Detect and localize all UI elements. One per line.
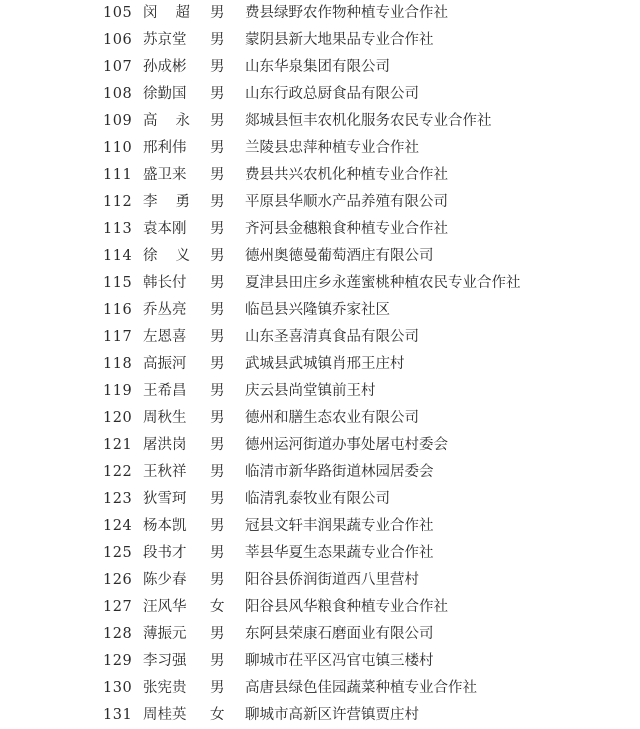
- list-row: 128薄振元男东阿县荣康石磨面业有限公司: [0, 621, 640, 648]
- list-row: 118高振河男武城县武城镇肖邢王庄村: [0, 351, 640, 378]
- row-number: 120: [103, 405, 132, 432]
- organization: 聊城市高新区许营镇贾庄村: [245, 702, 419, 729]
- organization: 庆云县尚堂镇前王村: [245, 378, 376, 405]
- person-name: 王秋祥: [143, 459, 199, 486]
- list-row: 127汪风华女阳谷县风华粮食种植专业合作社: [0, 594, 640, 621]
- row-number: 125: [103, 540, 132, 567]
- organization: 高唐县绿色佳园蔬菜种植专业合作社: [245, 675, 477, 702]
- person-name: 周桂英: [143, 702, 199, 729]
- gender: 男: [210, 540, 225, 567]
- list-row: 131周桂英女聊城市高新区许营镇贾庄村: [0, 702, 640, 729]
- row-number: 105: [103, 0, 132, 27]
- person-name: 盛卫来: [143, 162, 199, 189]
- person-name: 孙成彬: [143, 54, 199, 81]
- organization: 临邑县兴隆镇乔家社区: [245, 297, 390, 324]
- row-number: 107: [103, 54, 132, 81]
- row-number: 113: [103, 216, 132, 243]
- gender: 男: [210, 486, 225, 513]
- person-name: 薄振元: [143, 621, 199, 648]
- list-row: 121屠洪岗男德州运河街道办事处屠屯村委会: [0, 432, 640, 459]
- organization: 费县共兴农机化种植专业合作社: [245, 162, 448, 189]
- row-number: 111: [103, 162, 132, 189]
- person-name: 闵超: [143, 0, 199, 27]
- list-row: 111盛卫来男费县共兴农机化种植专业合作社: [0, 162, 640, 189]
- person-name: 高振河: [143, 351, 199, 378]
- organization: 东阿县荣康石磨面业有限公司: [245, 621, 434, 648]
- list-row: 122王秋祥男临清市新华路街道林园居委会: [0, 459, 640, 486]
- person-name: 段书才: [143, 540, 199, 567]
- list-row: 126陈少春男阳谷县侨润街道西八里营村: [0, 567, 640, 594]
- list-row: 123狄雪珂男临清乳泰牧业有限公司: [0, 486, 640, 513]
- person-name: 乔丛亮: [143, 297, 199, 324]
- list-row: 108徐勤国男山东行政总厨食品有限公司: [0, 81, 640, 108]
- list-row: 109高永男郯城县恒丰农机化服务农民专业合作社: [0, 108, 640, 135]
- organization: 德州和膳生态农业有限公司: [245, 405, 419, 432]
- person-name: 狄雪珂: [143, 486, 199, 513]
- list-row: 113袁本刚男齐河县金穗粮食种植专业合作社: [0, 216, 640, 243]
- gender: 男: [210, 243, 225, 270]
- person-name: 苏京堂: [143, 27, 199, 54]
- row-number: 124: [103, 513, 132, 540]
- person-name: 邢利伟: [143, 135, 199, 162]
- organization: 夏津县田庄乡永莲蜜桃种植农民专业合作社: [245, 270, 521, 297]
- gender: 男: [210, 297, 225, 324]
- gender: 男: [210, 324, 225, 351]
- organization: 冠县文轩丰润果蔬专业合作社: [245, 513, 434, 540]
- organization: 山东圣喜清真食品有限公司: [245, 324, 419, 351]
- list-row: 110邢利伟男兰陵县忠萍种植专业合作社: [0, 135, 640, 162]
- organization: 阳谷县侨润街道西八里营村: [245, 567, 419, 594]
- gender: 男: [210, 108, 225, 135]
- organization: 平原县华顺水产品养殖有限公司: [245, 189, 448, 216]
- organization: 山东华泉集团有限公司: [245, 54, 390, 81]
- organization: 兰陵县忠萍种植专业合作社: [245, 135, 419, 162]
- row-number: 130: [103, 675, 132, 702]
- organization: 德州奥德曼葡萄酒庄有限公司: [245, 243, 434, 270]
- organization: 郯城县恒丰农机化服务农民专业合作社: [245, 108, 492, 135]
- person-name: 汪风华: [143, 594, 199, 621]
- gender: 男: [210, 405, 225, 432]
- list-row: 120周秋生男德州和膳生态农业有限公司: [0, 405, 640, 432]
- gender: 男: [210, 567, 225, 594]
- person-name: 杨本凯: [143, 513, 199, 540]
- gender: 男: [210, 675, 225, 702]
- person-name: 李勇: [143, 189, 199, 216]
- row-number: 112: [103, 189, 132, 216]
- list-row: 114徐义男德州奥德曼葡萄酒庄有限公司: [0, 243, 640, 270]
- organization: 临清市新华路街道林园居委会: [245, 459, 434, 486]
- organization: 临清乳泰牧业有限公司: [245, 486, 390, 513]
- gender: 女: [210, 594, 225, 621]
- person-name: 袁本刚: [143, 216, 199, 243]
- row-number: 131: [103, 702, 132, 729]
- organization: 齐河县金穗粮食种植专业合作社: [245, 216, 448, 243]
- list-row: 119王希昌男庆云县尚堂镇前王村: [0, 378, 640, 405]
- organization: 聊城市茌平区冯官屯镇三楼村: [245, 648, 434, 675]
- person-name: 周秋生: [143, 405, 199, 432]
- gender: 男: [210, 0, 225, 27]
- gender: 男: [210, 648, 225, 675]
- list-row: 116乔丛亮男临邑县兴隆镇乔家社区: [0, 297, 640, 324]
- list-row: 125段书才男莘县华夏生态果蔬专业合作社: [0, 540, 640, 567]
- list-row: 106苏京堂男蒙阴县新大地果品专业合作社: [0, 27, 640, 54]
- gender: 男: [210, 189, 225, 216]
- person-name: 陈少春: [143, 567, 199, 594]
- person-name: 屠洪岗: [143, 432, 199, 459]
- row-number: 114: [103, 243, 132, 270]
- gender: 男: [210, 351, 225, 378]
- row-number: 129: [103, 648, 132, 675]
- gender: 男: [210, 270, 225, 297]
- gender: 男: [210, 135, 225, 162]
- person-name: 王希昌: [143, 378, 199, 405]
- row-number: 108: [103, 81, 132, 108]
- gender: 男: [210, 81, 225, 108]
- organization: 德州运河街道办事处屠屯村委会: [245, 432, 448, 459]
- person-name: 张宪贵: [143, 675, 199, 702]
- row-number: 110: [103, 135, 132, 162]
- person-name: 左恩喜: [143, 324, 199, 351]
- gender: 男: [210, 378, 225, 405]
- row-number: 123: [103, 486, 132, 513]
- row-number: 116: [103, 297, 132, 324]
- list-row: 107孙成彬男山东华泉集团有限公司: [0, 54, 640, 81]
- row-number: 128: [103, 621, 132, 648]
- list-row: 112李勇男平原县华顺水产品养殖有限公司: [0, 189, 640, 216]
- row-number: 117: [103, 324, 132, 351]
- organization: 武城县武城镇肖邢王庄村: [245, 351, 405, 378]
- organization: 费县绿野农作物种植专业合作社: [245, 0, 448, 27]
- gender: 男: [210, 432, 225, 459]
- gender: 男: [210, 621, 225, 648]
- organization: 蒙阴县新大地果品专业合作社: [245, 27, 434, 54]
- row-number: 127: [103, 594, 132, 621]
- organization: 山东行政总厨食品有限公司: [245, 81, 419, 108]
- person-name: 韩长付: [143, 270, 199, 297]
- gender: 女: [210, 702, 225, 729]
- row-number: 118: [103, 351, 132, 378]
- list-row: 105闵超男费县绿野农作物种植专业合作社: [0, 0, 640, 27]
- organization: 莘县华夏生态果蔬专业合作社: [245, 540, 434, 567]
- row-number: 126: [103, 567, 132, 594]
- list-row: 117左恩喜男山东圣喜清真食品有限公司: [0, 324, 640, 351]
- list-row: 115韩长付男夏津县田庄乡永莲蜜桃种植农民专业合作社: [0, 270, 640, 297]
- gender: 男: [210, 216, 225, 243]
- list-row: 124杨本凯男冠县文轩丰润果蔬专业合作社: [0, 513, 640, 540]
- person-name: 高永: [143, 108, 199, 135]
- gender: 男: [210, 459, 225, 486]
- person-name: 徐勤国: [143, 81, 199, 108]
- row-number: 109: [103, 108, 132, 135]
- person-name: 李习强: [143, 648, 199, 675]
- gender: 男: [210, 27, 225, 54]
- list-row: 129李习强男聊城市茌平区冯官屯镇三楼村: [0, 648, 640, 675]
- gender: 男: [210, 513, 225, 540]
- gender: 男: [210, 162, 225, 189]
- row-number: 106: [103, 27, 132, 54]
- row-number: 115: [103, 270, 132, 297]
- row-number: 119: [103, 378, 132, 405]
- row-number: 121: [103, 432, 132, 459]
- organization: 阳谷县风华粮食种植专业合作社: [245, 594, 448, 621]
- person-name: 徐义: [143, 243, 199, 270]
- row-number: 122: [103, 459, 132, 486]
- gender: 男: [210, 54, 225, 81]
- list-row: 130张宪贵男高唐县绿色佳园蔬菜种植专业合作社: [0, 675, 640, 702]
